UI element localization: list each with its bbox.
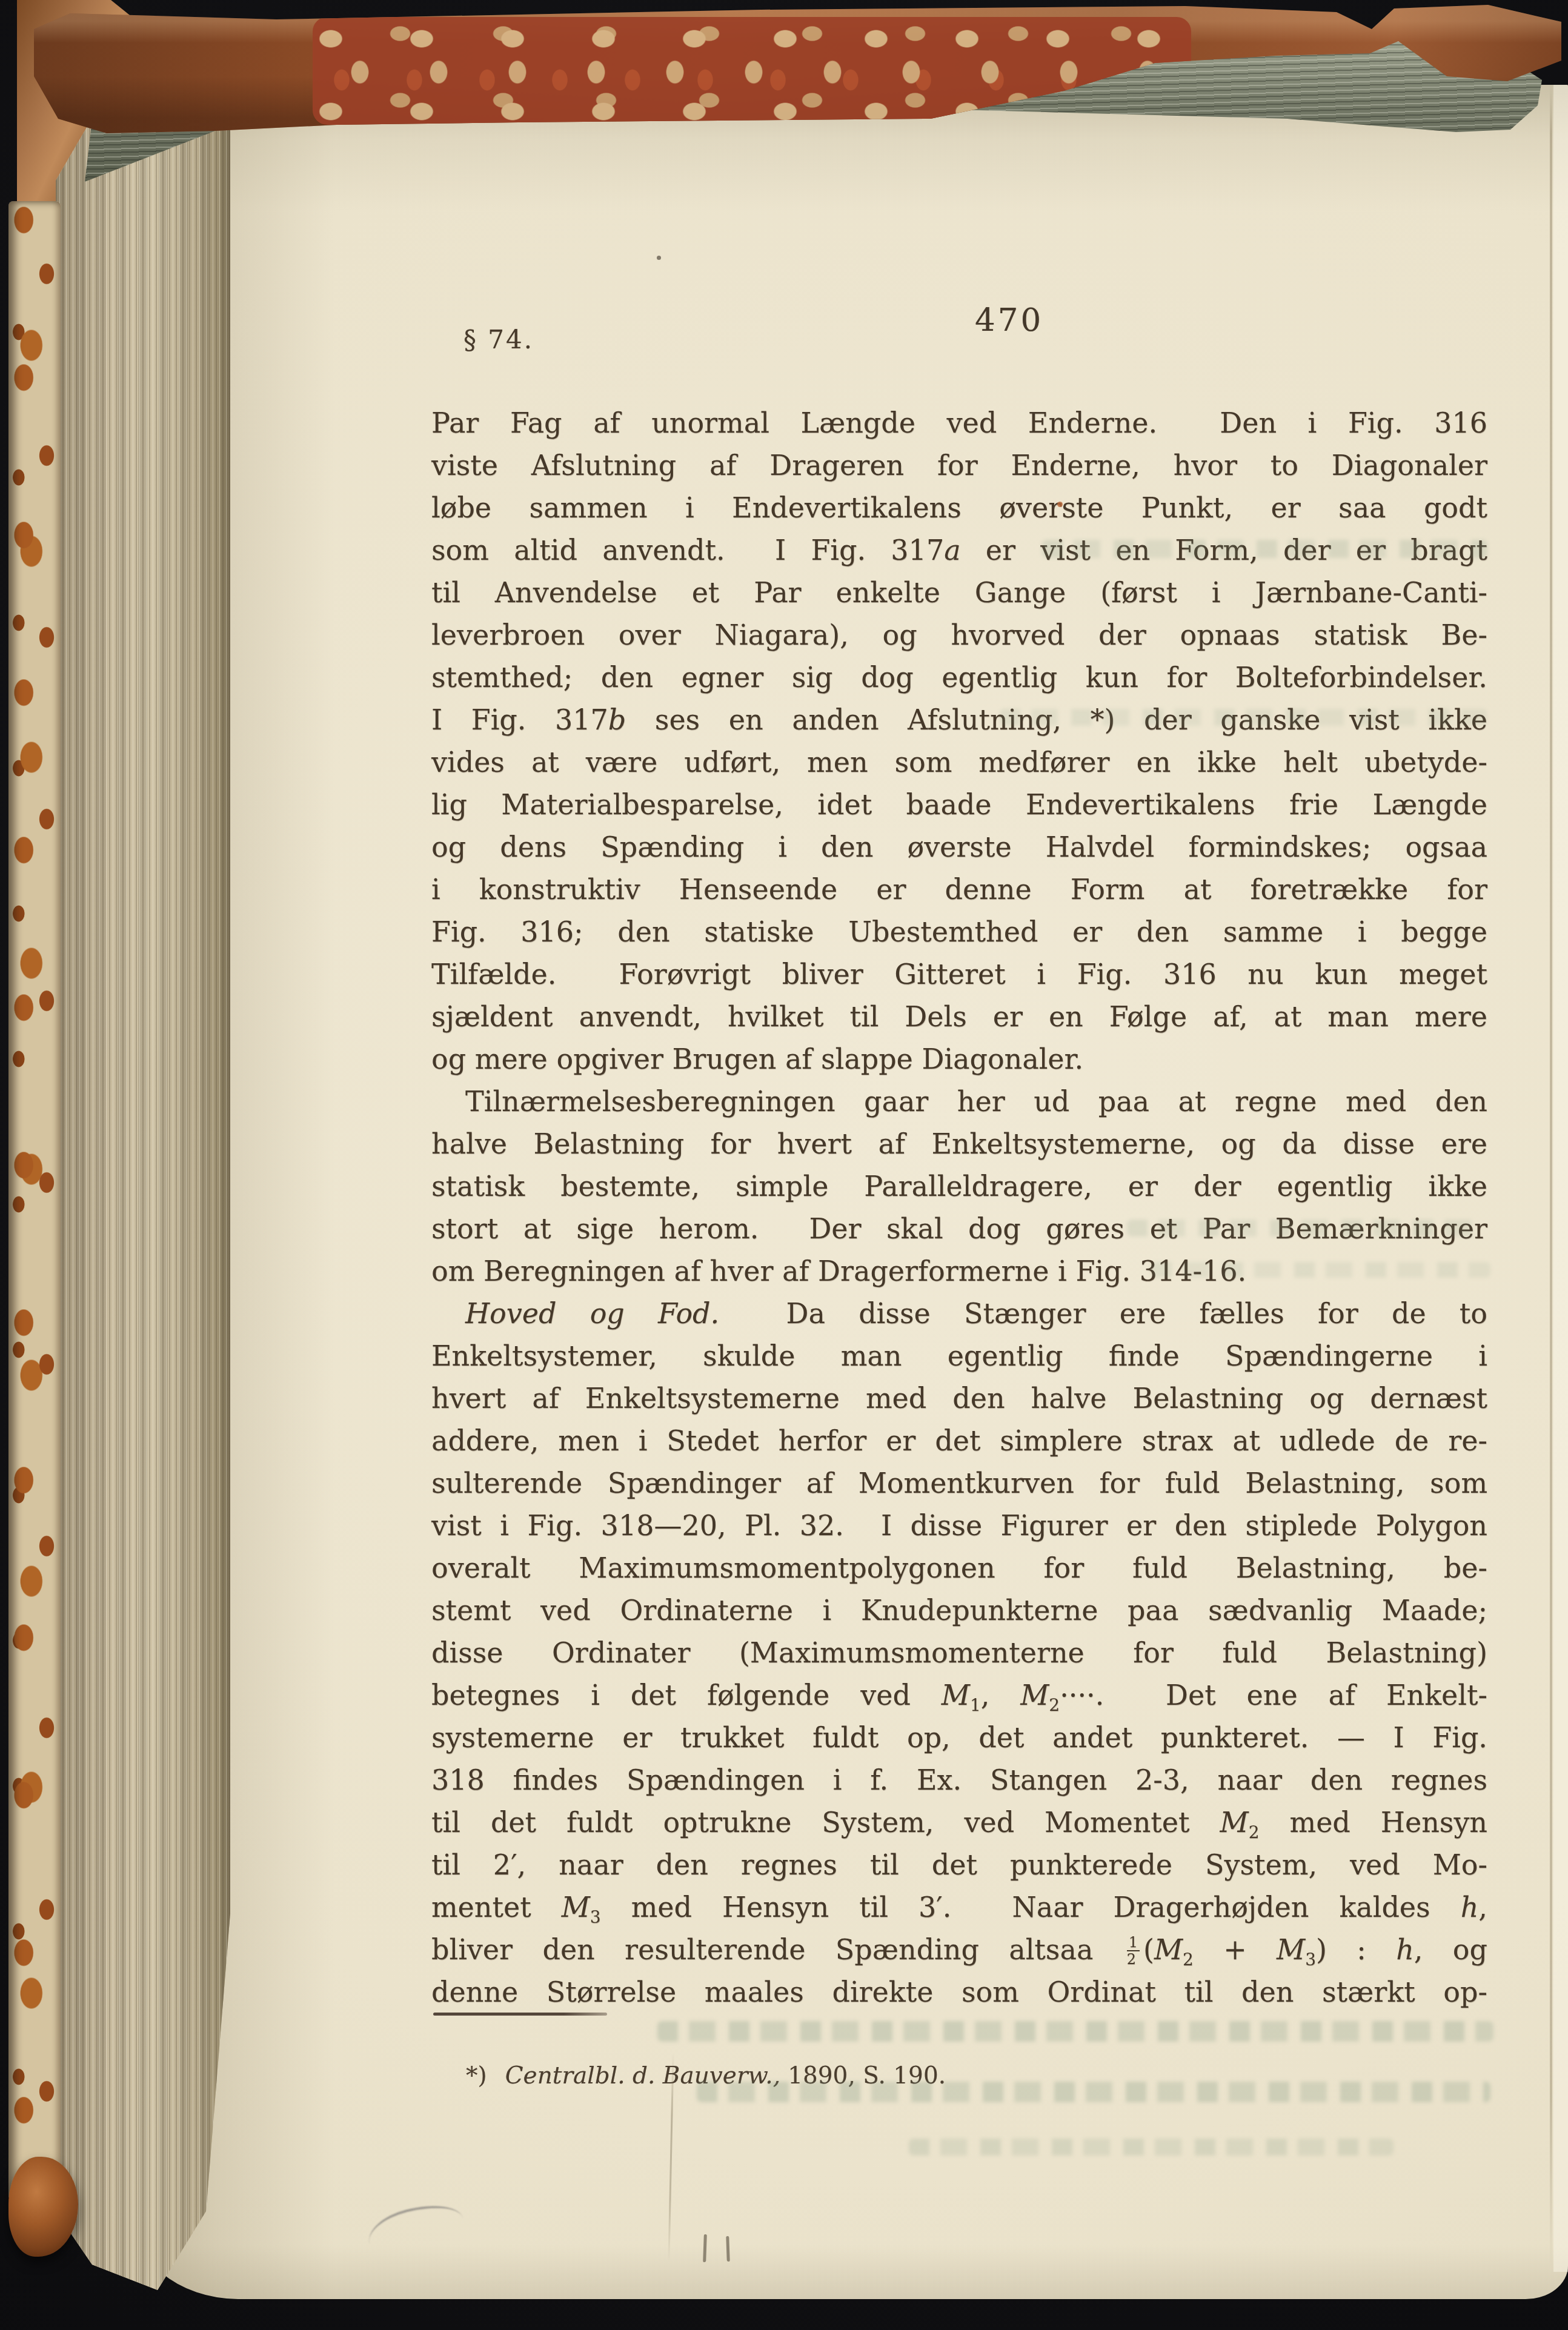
dust-speck (657, 256, 661, 260)
text-line: overalt Maximumsmomentpolygonen for fuld… (431, 1547, 1487, 1589)
footnote-separator (433, 2013, 607, 2016)
text-line: Fig. 316; den statiske Ubestemthed er de… (431, 911, 1487, 953)
text-line: bliver den resulterende Spænding altsaa … (431, 1928, 1487, 1971)
text-line: sulterende Spændinger af Momentkurven fo… (431, 1462, 1487, 1504)
showthrough-ghost (1000, 709, 1487, 726)
text-line: viste Afslutning af Drageren for Enderne… (431, 444, 1487, 486)
text-line: stemthed; den egner sig dog egentlig kun… (431, 656, 1487, 699)
text-line: addere, men i Stedet herfor er det simpl… (431, 1419, 1487, 1462)
text-line: og dens Spænding i den øverste Halvdel f… (431, 826, 1487, 868)
ink-tick-mark (726, 2236, 729, 2262)
text-line: i konstruktiv Henseende er denne Form at… (431, 868, 1487, 911)
page-stack-fore-edge (56, 108, 230, 2301)
text-line: til 2′, naar den regnes til det punktere… (431, 1844, 1487, 1886)
text-line: statisk bestemte, simple Paralleldragere… (431, 1165, 1487, 1207)
dust-speck (1057, 502, 1063, 507)
text-line: Enkeltsystemer, skulde man egentlig find… (431, 1335, 1487, 1377)
text-line: vist i Fig. 318—20, Pl. 32. I disse Figu… (431, 1504, 1487, 1547)
text-line: til det fuldt optrukne System, ved Momen… (431, 1801, 1487, 1844)
text-line: og mere opgiver Brugen af slappe Diagona… (431, 1038, 1487, 1080)
text-line: hvert af Enkeltsystemerne med den halve … (431, 1377, 1487, 1419)
pencil-mark (364, 2197, 464, 2246)
page-number: 470 (975, 302, 1043, 339)
text-line: mentet M3 med Hensyn til 3′. Naar Drager… (431, 1886, 1487, 1928)
cover-leather-corner-bottom-left (8, 2157, 78, 2257)
text-line: sjældent anvendt, hvilket til Dels er en… (431, 995, 1487, 1038)
text-line: stemt ved Ordinaterne i Knudepunkterne p… (431, 1589, 1487, 1631)
text-line: løbe sammen i Endevertikalens øverste Pu… (431, 486, 1487, 529)
text-line: leverbroen over Niagara), og hvorved der… (431, 614, 1487, 656)
text-line: Par Fag af unormal Længde ved Enderne. D… (431, 402, 1487, 444)
text-line: disse Ordinater (Maximumsmomenterne for … (431, 1631, 1487, 1674)
showthrough-ghost (697, 2082, 1490, 2102)
text-line: lig Materialbesparelse, idet baade Endev… (431, 783, 1487, 826)
text-line: halve Belastning for hvert af Enkeltsyst… (431, 1123, 1487, 1165)
showthrough-ghost (1127, 1220, 1484, 1236)
fraction-one-half: 12 (1127, 1935, 1140, 1967)
text-line: vides at være udført, men som medfører e… (431, 741, 1487, 783)
text-line: til Anvendelse et Par enkelte Gange (før… (431, 571, 1487, 614)
text-line: Tilfælde. Forøvrigt bliver Gitteret i Fi… (431, 953, 1487, 995)
text-line: systemerne er trukket fuldt op, det ande… (431, 1716, 1487, 1759)
showthrough-ghost (657, 2021, 1493, 2042)
ink-tick-mark (703, 2234, 707, 2262)
page-right-edge-strip (1553, 85, 1568, 2272)
scan-background: { "page": { "section_label": "§ 74.", "p… (0, 0, 1568, 2330)
text-line: Tilnærmelsesberegningen gaar her ud paa … (431, 1080, 1487, 1123)
book-page: § 74. 470 Par Fag af unormal Længde ved … (129, 85, 1568, 2299)
text-line: betegnes i det følgende ved M1, M2····. … (431, 1674, 1487, 1716)
body-text: Par Fag af unormal Længde ved Enderne. D… (431, 402, 1487, 2013)
showthrough-ghost (1042, 540, 1487, 558)
text-line: 318 findes Spændingen i f. Ex. Stangen 2… (431, 1759, 1487, 1801)
marbled-cover-spine-strip (8, 201, 61, 2200)
showthrough-ghost (909, 2139, 1394, 2156)
footnote-marker: *) (466, 2062, 487, 2089)
section-label: § 74. (463, 325, 534, 354)
text-line: Hoved og Fod. Da disse Stænger ere fælle… (431, 1292, 1487, 1335)
text-line: denne Størrelse maales direkte som Ordin… (431, 1971, 1487, 2013)
showthrough-ghost (1151, 1262, 1490, 1278)
page-right-edge-fold (1550, 85, 1552, 2269)
